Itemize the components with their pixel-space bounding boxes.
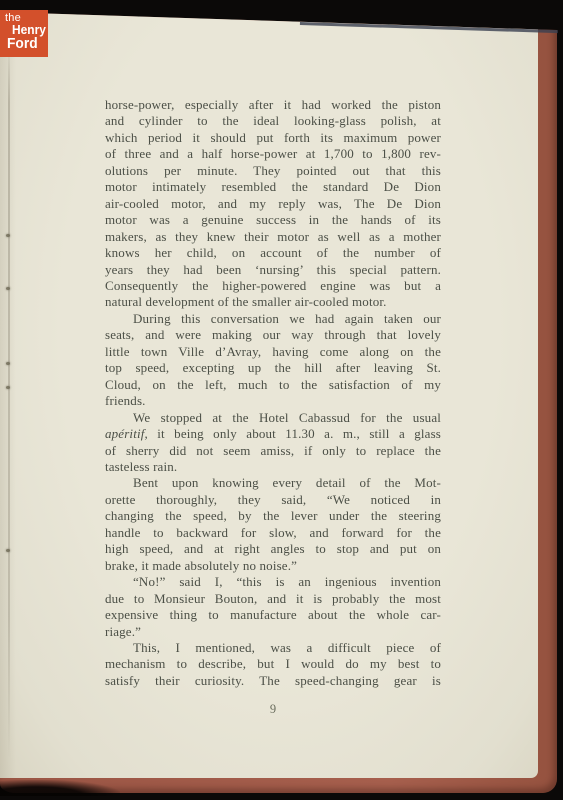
text-line: seats, and were making our way through t… — [105, 327, 441, 343]
henry-ford-logo: the Henry Ford — [0, 10, 48, 57]
text-line: This, I mentioned, was a difficult piece… — [105, 640, 441, 656]
page-number: 9 — [105, 702, 441, 717]
text-line: top speed, excepting up the hill after l… — [105, 360, 441, 376]
text-line: friends. — [105, 393, 441, 409]
binding-crease — [8, 45, 10, 760]
text-line: makers, as they knew their motor as well… — [105, 229, 441, 245]
text-line: and cylinder to the ideal looking-glass … — [105, 113, 441, 129]
text-line: During this conversation we had again ta… — [105, 311, 441, 327]
page-text: horse-power, especially after it had wor… — [105, 97, 441, 689]
text-line: expensive thing to manufacture about the… — [105, 607, 441, 623]
text-line: satisfy their curiosity. The speed-chang… — [105, 673, 441, 689]
text-line: handle to backward for slow, and forward… — [105, 525, 441, 541]
stitch-hole — [6, 362, 10, 365]
text-line: tasteless rain. — [105, 459, 441, 475]
text-line: Cloud, on the left, much to the satisfac… — [105, 377, 441, 393]
text-line: Bent upon knowing every detail of the Mo… — [105, 475, 441, 491]
text-line: of three and a half horse-power at 1,700… — [105, 146, 441, 162]
text-line: mechanism to describe, but I would do my… — [105, 656, 441, 672]
text-line: We stopped at the Hotel Cabassud for the… — [105, 410, 441, 426]
text-line: little town Ville d’Avray, having come a… — [105, 344, 441, 360]
text-line: apéritif, it being only about 11.30 a. m… — [105, 426, 441, 442]
text-line: changing the speed, by the lever under t… — [105, 508, 441, 524]
book-page: horse-power, especially after it had wor… — [0, 0, 538, 778]
text-line: air-cooled motor, and my reply was, The … — [105, 196, 441, 212]
text-line: high speed, and at right angles to stop … — [105, 541, 441, 557]
cover-corner-shadow — [0, 780, 120, 796]
scanned-book-photo: horse-power, especially after it had wor… — [0, 0, 563, 800]
text-line: horse-power, especially after it had wor… — [105, 97, 441, 113]
stitch-hole — [6, 386, 10, 389]
text-line: riage.” — [105, 624, 441, 640]
book: horse-power, especially after it had wor… — [0, 0, 563, 800]
text-line: brake, it made absolutely no noise.” — [105, 558, 441, 574]
logo-henry: Henry — [12, 22, 46, 37]
text-segment: it being only about 11.30 a. m., still a… — [148, 426, 441, 441]
text-line: due to Monsieur Bouton, and it is probab… — [105, 591, 441, 607]
logo-ford: Ford — [7, 36, 38, 52]
text-line: years they had been ‘nursing’ this speci… — [105, 262, 441, 278]
text-line: which period it should put forth its max… — [105, 130, 441, 146]
text-line: knows her child, on account of the numbe… — [105, 245, 441, 261]
stitch-hole — [6, 287, 10, 290]
text-line: motor intimately resembled the standard … — [105, 179, 441, 195]
text-line: of sherry did not seem amiss, if only to… — [105, 443, 441, 459]
text-line: olutions per minute. They pointed out th… — [105, 163, 441, 179]
stitch-hole — [6, 549, 10, 552]
text-line: orette thoroughly, they said, “We notice… — [105, 492, 441, 508]
stitch-hole — [6, 234, 10, 237]
text-line: “No!” said I, “this is an ingenious inve… — [105, 574, 441, 590]
text-line: motor was a genuine success in the hands… — [105, 212, 441, 228]
italic-text: apéritif, — [105, 426, 148, 441]
text-line: Consequently the higher-powered engine w… — [105, 278, 441, 294]
text-line: natural development of the smaller air-c… — [105, 294, 441, 310]
